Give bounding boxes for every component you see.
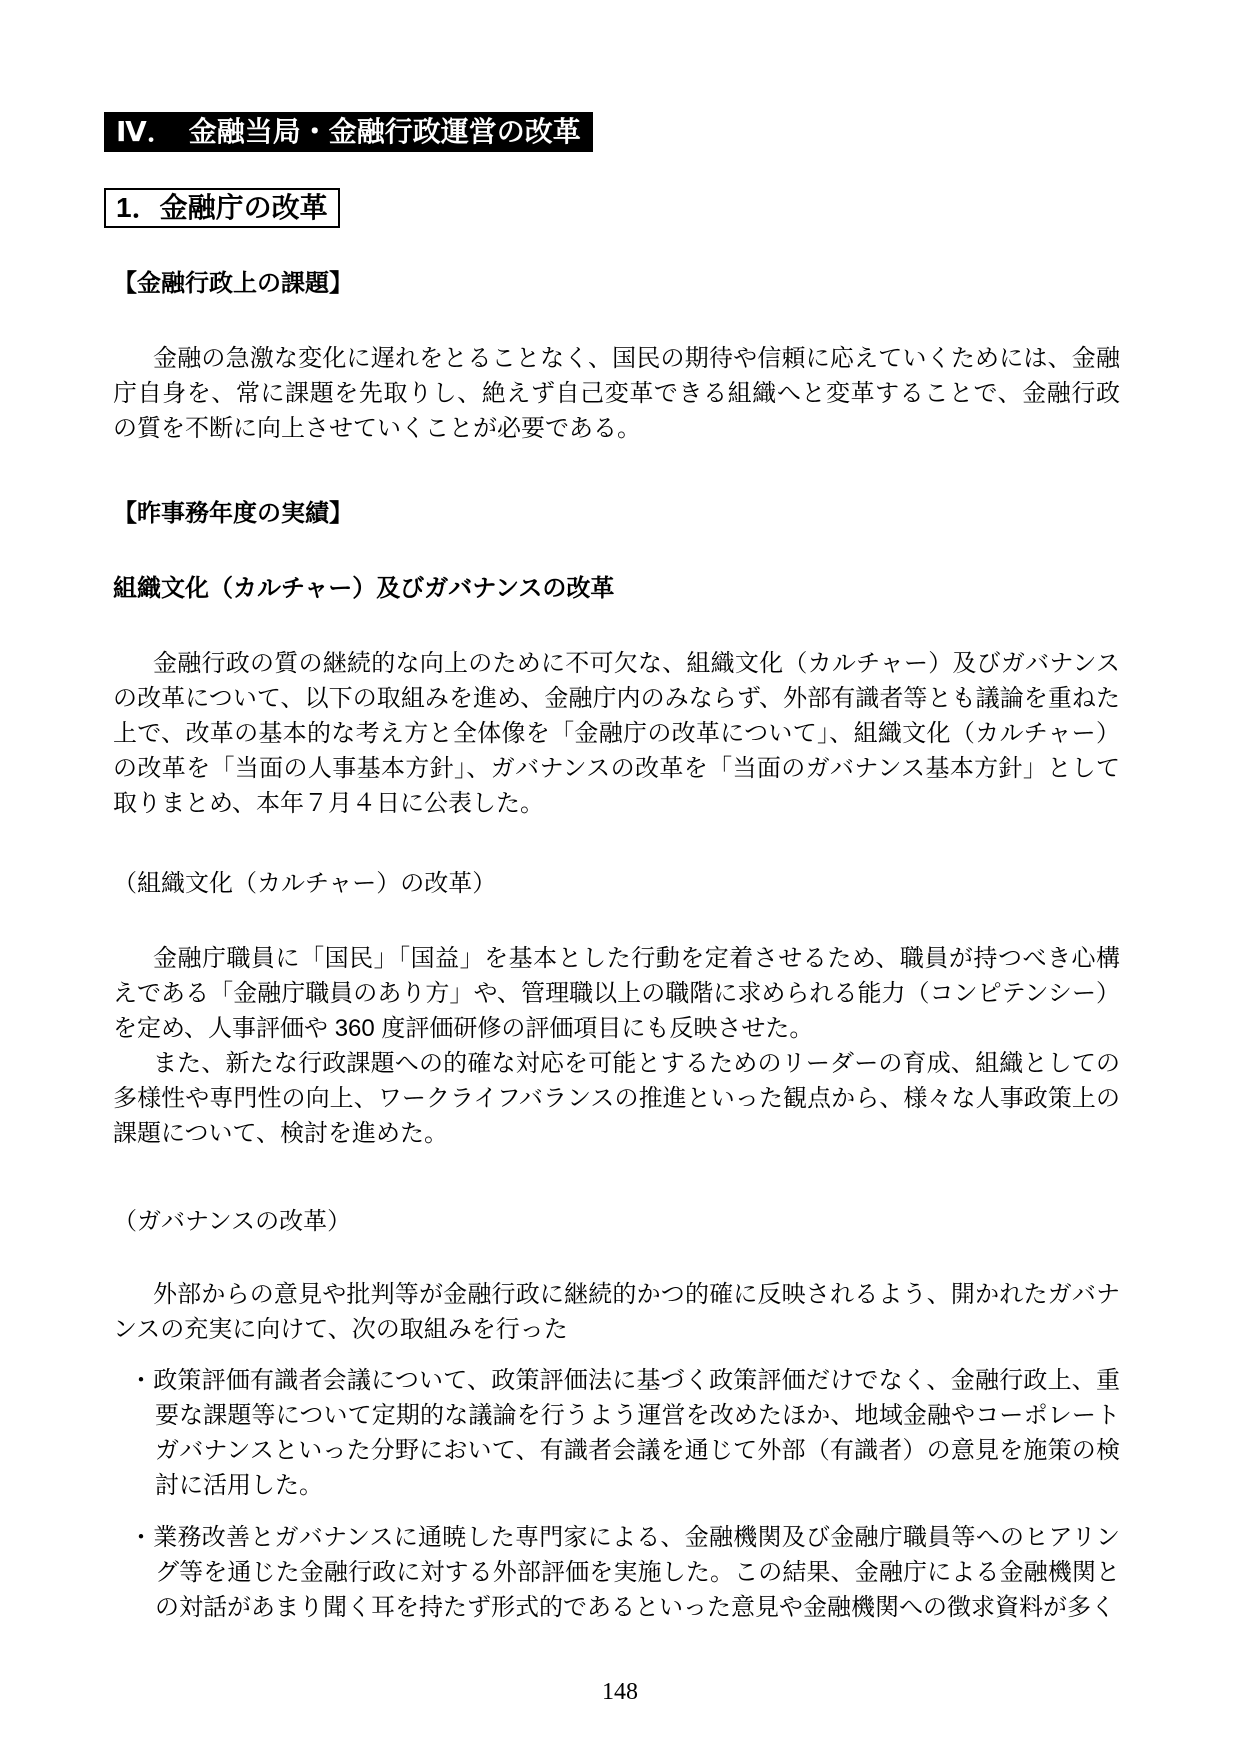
chapter-banner: Ⅳ． 金融当局・金融行政運営の改革 <box>104 112 593 152</box>
report-page: Ⅳ． 金融当局・金融行政運営の改革 1．金融庁の改革 【金融行政上の課題】 金融… <box>0 0 1240 1755</box>
culture-paragraph-1: 金融庁職員に「国民」「国益」を基本とした行動を定着させるため、職員が持つべき心構… <box>113 941 1120 1046</box>
culture-paragraph-2: また、新たな行政課題への的確な対応を可能とするためのリーダーの育成、組織としての… <box>113 1046 1120 1151</box>
culture-governance-heading: 組織文化（カルチャー）及びガバナンスの改革 <box>113 571 614 607</box>
results-heading: 【昨事務年度の実績】 <box>113 496 353 532</box>
culture-governance-paragraph: 金融行政の質の継続的な向上のために不可欠な、組織文化（カルチャー）及びガバナンス… <box>113 646 1120 821</box>
issues-paragraph: 金融の急激な変化に遅れをとることなく、国民の期待や信頼に応えていくためには、金融… <box>113 341 1120 446</box>
page-number: 148 <box>0 1677 1240 1707</box>
governance-paragraph: 外部からの意見や批判等が金融行政に継続的かつ的確に反映されるよう、開かれたガバナ… <box>113 1277 1120 1347</box>
governance-bullet-1: ・政策評価有識者会議について、政策評価法に基づく政策評価だけでなく、金融行政上、… <box>113 1363 1120 1503</box>
issues-heading: 【金融行政上の課題】 <box>113 266 353 302</box>
culture-subheading: （組織文化（カルチャー）の改革） <box>113 866 496 902</box>
governance-bullet-2: ・業務改善とガバナンスに通暁した専門家による、金融機関及び金融庁職員等へのヒアリ… <box>113 1520 1120 1625</box>
governance-subheading: （ガバナンスの改革） <box>113 1204 351 1240</box>
section-title-box: 1．金融庁の改革 <box>104 188 340 228</box>
